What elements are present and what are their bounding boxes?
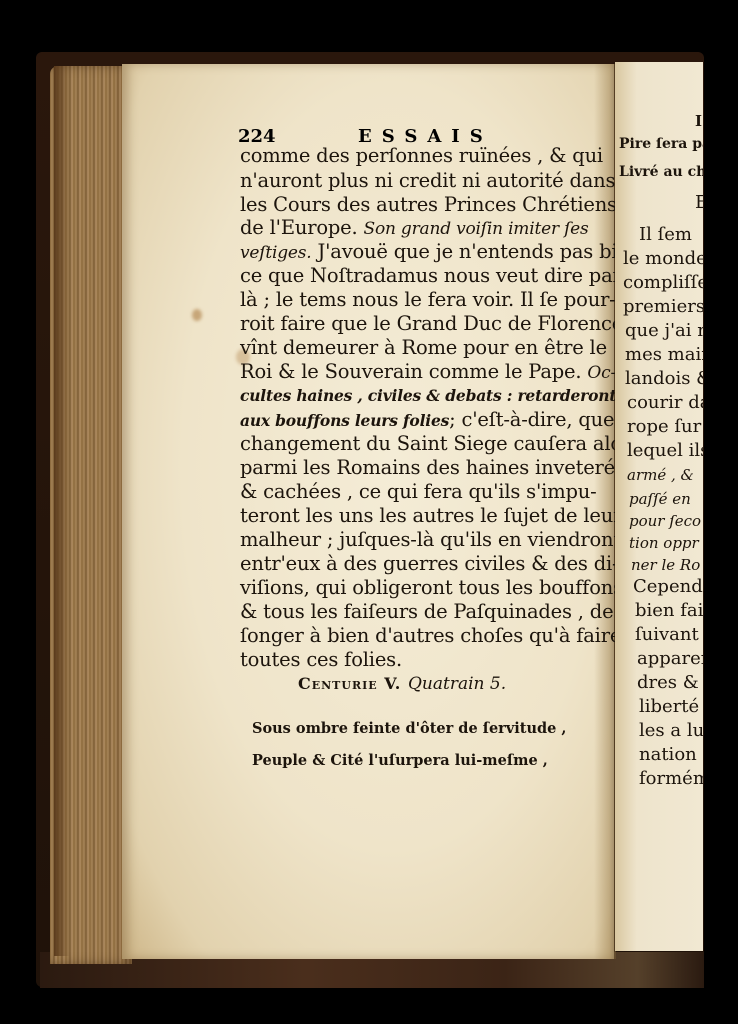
- text-fragment: mes main: [625, 344, 703, 365]
- verse-line: Peuple & Cité l'uſurpera lui-meſme ,: [252, 752, 548, 769]
- text-line: ſonger à bien d'autres choſes qu'à faire: [240, 624, 621, 647]
- text-line: les Cours des autres Princes Chrétiens: [240, 193, 617, 216]
- verse-line: Sous ombre feinte d'ôter de ſervitude ,: [252, 720, 566, 737]
- text-span: J'avouë que je n'entends pas bien: [318, 240, 642, 263]
- text-line: roit faire que le Grand Duc de Florence: [240, 312, 623, 335]
- text-line-italic: cultes haines , civiles & debats : retar…: [240, 386, 616, 405]
- centurie-label: Centurie V.: [298, 674, 401, 693]
- text-line: viſions, qui obligeront tous les bouffon…: [240, 576, 623, 599]
- verse-fragment: Pire ſera par: [619, 136, 703, 152]
- text-fragment: Cependa: [633, 576, 703, 597]
- text-line: & tous les faiſeurs de Paſquinades , de: [240, 600, 613, 623]
- text-fragment: compliſſen: [623, 272, 703, 293]
- text-fragment: formém: [639, 768, 703, 789]
- text-fragment: Il ſem: [639, 224, 692, 245]
- italic-fragment: ner le Ro: [631, 556, 700, 574]
- text-line: de l'Europe. Son grand voiſin imiter ſes: [240, 216, 589, 239]
- text-fragment: lequel ils: [627, 440, 703, 461]
- italic-quote: aux bouffons leurs folies: [240, 411, 449, 430]
- text-fragment: landois &: [625, 368, 703, 389]
- text-line: comme des perſonnes ruïnées , & qui: [240, 144, 603, 167]
- section-heading: Centurie V. Quatrain 5.: [298, 674, 506, 694]
- text-line: veſtiges. J'avouë que je n'entends pas b…: [240, 240, 641, 263]
- text-fragment: apparenc: [637, 648, 703, 669]
- text-fragment: nation ,: [639, 744, 703, 765]
- italic-quote: Son grand voiſin imiter ſes: [364, 219, 589, 239]
- text-span: ; c'eſt-à-dire, que le: [449, 408, 638, 431]
- text-fragment: courir da: [627, 392, 703, 413]
- right-page: I Pire ſera par Livré au cha E Il ſem le…: [615, 62, 703, 951]
- text-span: Roi & le Souverain comme le Pape.: [240, 360, 581, 383]
- italic-fragment: paſſé en: [629, 490, 691, 508]
- running-head-fragment: I: [695, 112, 702, 130]
- quatrain-label: Quatrain 5.: [408, 674, 506, 694]
- text-fragment: que j'ai n: [625, 320, 703, 341]
- text-line: changement du Saint Siege cauſera alors: [240, 432, 641, 455]
- text-line: vînt demeurer à Rome pour en être le: [240, 336, 607, 359]
- text-line: & cachées , ce qui fera qu'ils s'impu-: [240, 480, 597, 503]
- text-fragment: premiers: [623, 296, 703, 317]
- text-fragment: les a lui: [639, 720, 703, 741]
- section-fragment: E: [695, 192, 703, 213]
- text-line: Roi & le Souverain comme le Pape. Oc-: [240, 360, 616, 383]
- text-line: ce que Noſtradamus nous veut dire par-: [240, 264, 628, 287]
- text-fragment: bien fai: [635, 600, 703, 621]
- italic-quote: veſtiges.: [240, 243, 312, 263]
- text-line: toutes ces folies.: [240, 648, 402, 671]
- text-fragment: ſuivant: [635, 624, 699, 645]
- italic-fragment: armé , &: [627, 466, 694, 484]
- text-fragment: le monde: [623, 248, 703, 269]
- text-span: de l'Europe.: [240, 216, 358, 239]
- italic-fragment: pour ſeco: [629, 512, 701, 530]
- text-line: parmi les Romains des haines inveterées: [240, 456, 636, 479]
- text-line: là ; le tems nous le fera voir. Il ſe po…: [240, 288, 616, 311]
- verse-fragment: Livré au cha: [619, 164, 703, 180]
- text-line: malheur ; juſques-là qu'ils en viendront: [240, 528, 621, 551]
- page-edge-shadow: [54, 66, 70, 956]
- text-line: aux bouffons leurs folies; c'eſt-à-dire,…: [240, 408, 638, 431]
- text-fragment: rope ſur: [627, 416, 701, 437]
- text-fragment: liberté: [639, 696, 699, 717]
- text-line: entr'eux à des guerres civiles & des di-: [240, 552, 618, 575]
- text-fragment: dres &: [637, 672, 699, 693]
- italic-fragment: tion oppr: [629, 534, 699, 552]
- text-line: n'auront plus ni credit ni autorité dans: [240, 169, 615, 192]
- foxing-spot: [192, 309, 202, 321]
- text-line: teront les uns les autres le ſujet de le…: [240, 504, 622, 527]
- italic-quote: Oc-: [587, 363, 616, 383]
